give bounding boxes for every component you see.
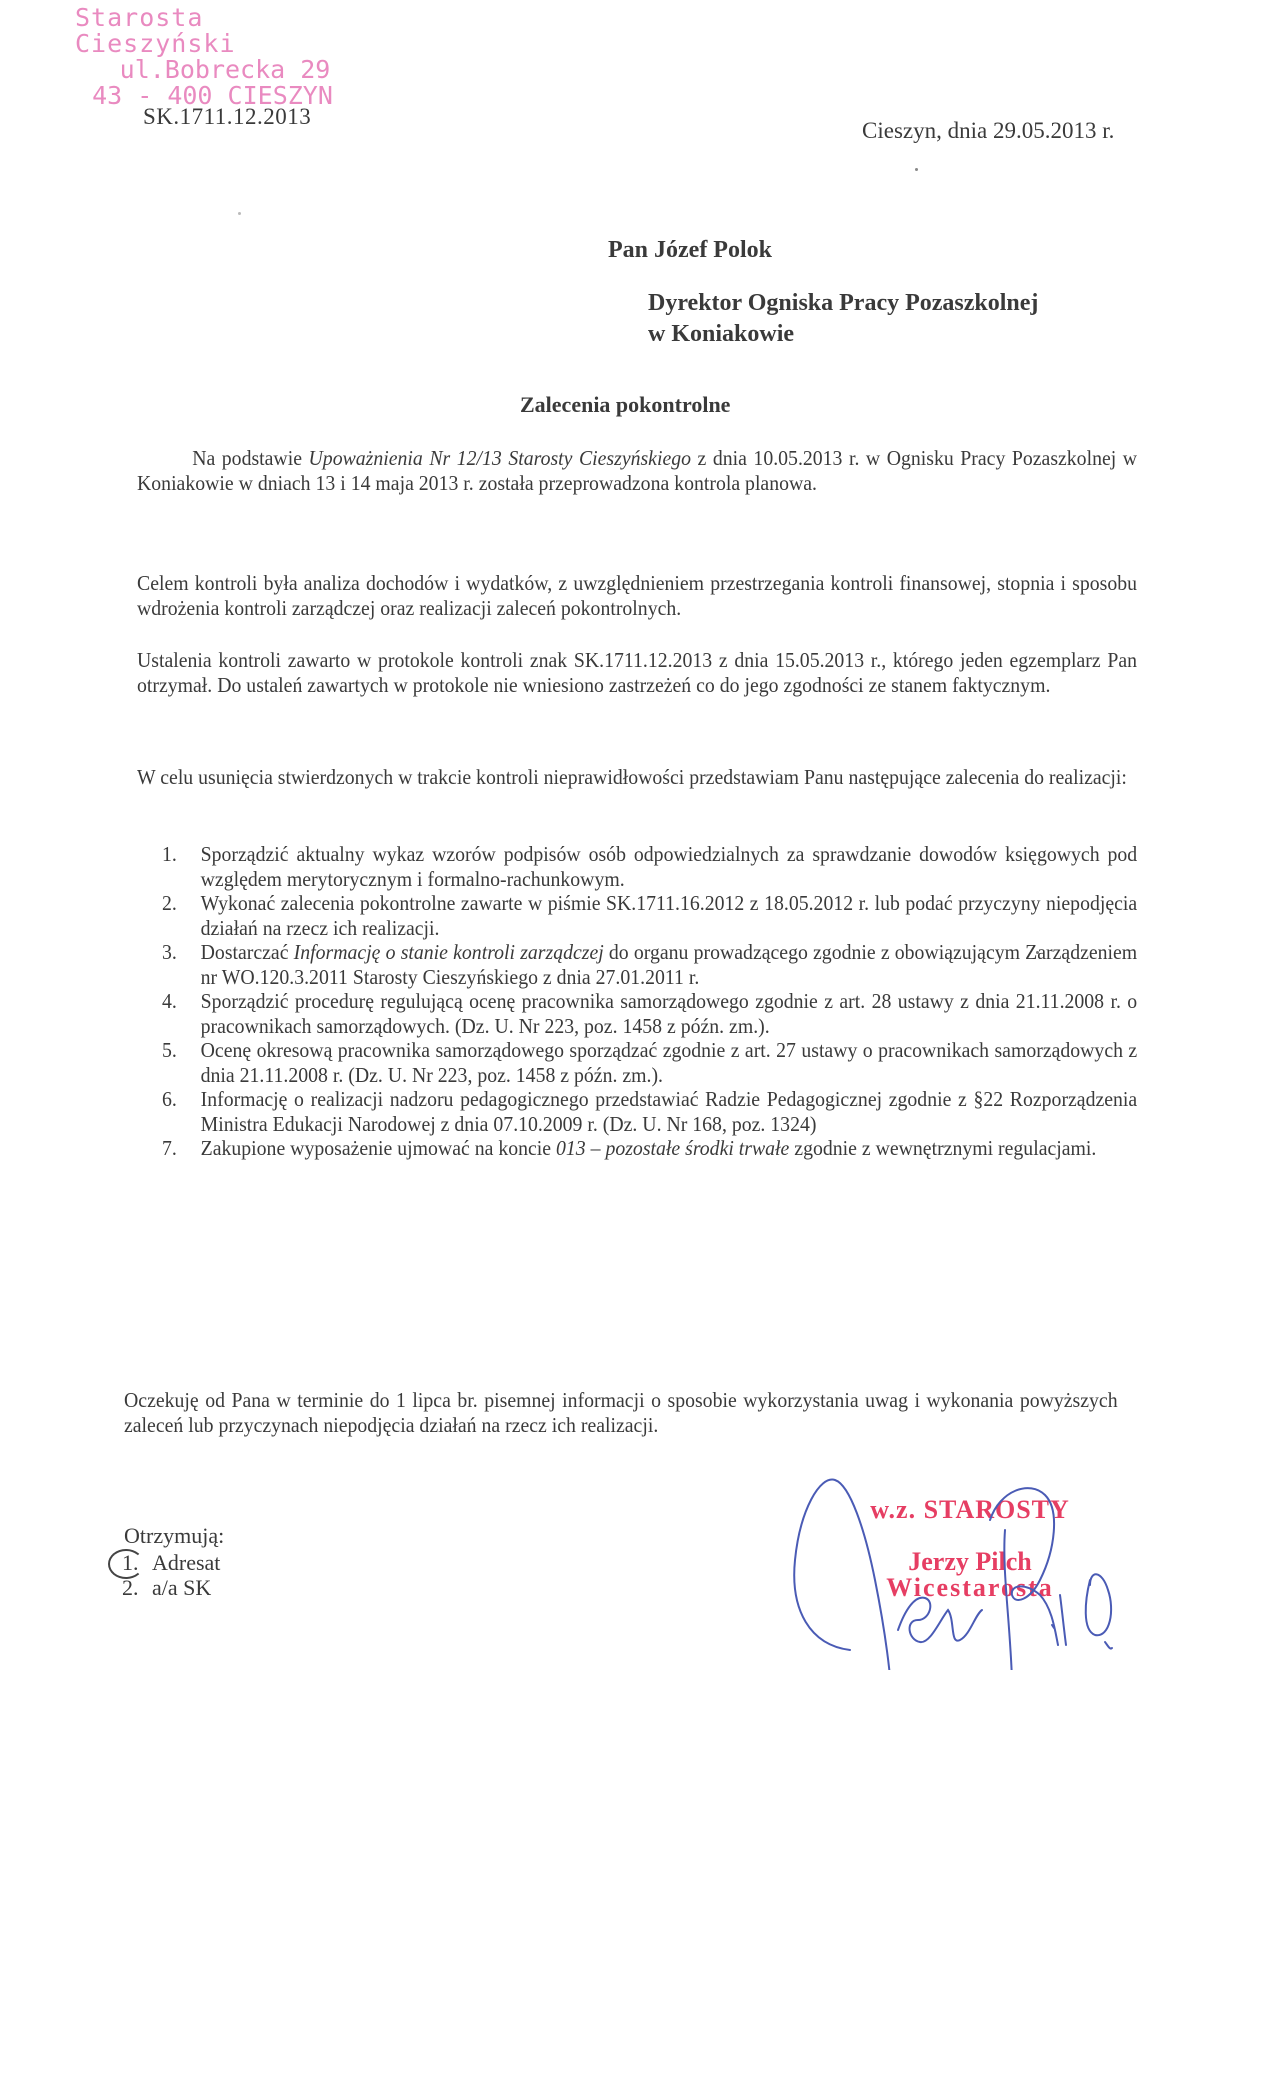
recommendation-emphasis: 013 – pozostałe środki trwałe [556, 1136, 789, 1160]
recommendation-item: 3.Dostarczać Informację o stanie kontrol… [162, 940, 1137, 989]
addressee-title: Dyrektor Ogniska Pracy Pozaszkolnej w Ko… [648, 288, 1038, 350]
scan-speck [1036, 951, 1039, 954]
paragraph-purpose: Celem kontroli była analiza dochodów i w… [137, 571, 1137, 621]
recommendation-item: 6.Informację o realizacji nadzoru pedago… [162, 1087, 1137, 1136]
recommendation-number: 2. [162, 891, 177, 916]
recommendation-number: 1. [162, 842, 177, 867]
recommendation-text: Sporządzić procedurę regulującą ocenę pr… [201, 989, 1138, 1038]
scan-speck [238, 212, 241, 215]
recommendation-text: Ocenę okresową pracownika samorządowego … [201, 1038, 1138, 1087]
recommendation-item: 2.Wykonać zalecenia pokontrolne zawarte … [162, 891, 1137, 940]
recommendation-text: Zakupione wyposażenie ujmować na koncie [201, 1136, 556, 1160]
recommendation-text: Sporządzić aktualny wykaz wzorów podpisó… [201, 842, 1138, 891]
paragraph-findings: Ustalenia kontroli zawarto w protokole k… [137, 648, 1137, 698]
recommendation-number: 3. [162, 940, 177, 965]
recommendation-number: 7. [162, 1136, 177, 1161]
recommendations-list: 1.Sporządzić aktualny wykaz wzorów podpi… [162, 842, 1137, 1161]
recipient-name: Adresat [152, 1550, 220, 1575]
sender-stamp-name: Starosta Cieszyński [75, 5, 345, 57]
paragraph-authorization: Na podstawie Upoważnienia Nr 12/13 Staro… [137, 446, 1137, 496]
recommendation-text: Informację o realizacji nadzoru pedagogi… [201, 1087, 1138, 1136]
document-title: Zalecenia pokontrolne [520, 392, 730, 418]
recommendation-number: 4. [162, 989, 177, 1014]
sender-stamp: Starosta Cieszyński ul.Bobrecka 29 43 - … [75, 5, 345, 109]
paragraph-intro-recommendations: W celu usunięcia stwierdzonych w trakcie… [137, 765, 1137, 790]
recommendation-item: 4.Sporządzić procedurę regulującą ocenę … [162, 989, 1137, 1038]
recipient-name: a/a SK [152, 1575, 211, 1600]
recommendation-item: 7.Zakupione wyposażenie ujmować na konci… [162, 1136, 1137, 1161]
handwritten-signature [790, 1470, 1150, 1670]
recommendation-text: zgodnie z wewnętrznymi regulacjami. [789, 1136, 1096, 1160]
addressee-title-line2: w Koniakowie [648, 319, 1038, 350]
place-date: Cieszyn, dnia 29.05.2013 r. [862, 118, 1114, 144]
addressee-title-line1: Dyrektor Ogniska Pracy Pozaszkolnej [648, 288, 1038, 319]
authorization-reference: Upoważnienia Nr 12/13 Starosty Cieszyńsk… [309, 446, 692, 470]
addressee-name: Pan Józef Polok [608, 237, 772, 264]
recommendation-item: 1.Sporządzić aktualny wykaz wzorów podpi… [162, 842, 1137, 891]
paragraph-text: Na podstawie [192, 446, 308, 470]
recommendation-emphasis: Informację o stanie kontroli zarządczej [294, 940, 604, 964]
recipient-item: 1.Adresat [112, 1550, 220, 1575]
reference-number: SK.1711.12.2013 [143, 104, 311, 130]
recommendation-number: 5. [162, 1038, 177, 1063]
recommendation-item: 5.Ocenę okresową pracownika samorządoweg… [162, 1038, 1137, 1087]
recipient-item: 2.a/a SK [112, 1575, 220, 1600]
scan-speck [915, 168, 918, 171]
paragraph-closing: Oczekuję od Pana w terminie do 1 lipca b… [124, 1388, 1118, 1438]
sender-stamp-street: ul.Bobrecka 29 [105, 57, 345, 83]
recommendation-number: 6. [162, 1087, 177, 1112]
recipients-label: Otrzymują: [124, 1523, 224, 1549]
recipients-list: 1.Adresat2.a/a SK [112, 1550, 220, 1600]
recommendation-text: Wykonać zalecenia pokontrolne zawarte w … [201, 891, 1138, 940]
recipient-number: 2. [122, 1575, 152, 1600]
recommendation-text: Dostarczać [201, 940, 294, 964]
